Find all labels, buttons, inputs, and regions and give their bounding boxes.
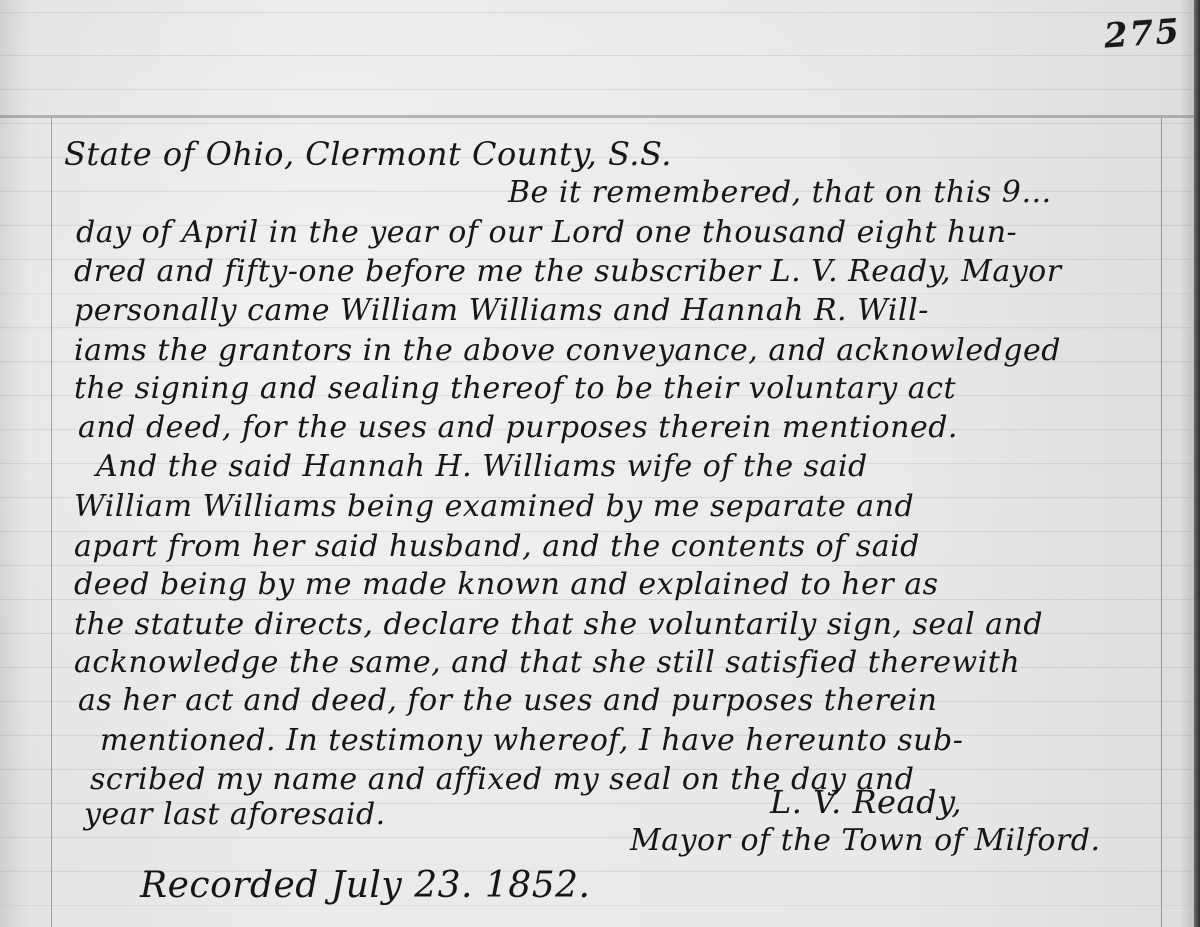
body-line: mentioned. In testimony whereof, I have …: [100, 726, 963, 756]
body-line: and deed, for the uses and purposes ther…: [78, 413, 958, 443]
recorded-date: Recorded July 23. 1852.: [140, 868, 590, 904]
body-line: William Williams being examined by me se…: [74, 492, 914, 522]
body-line: year last aforesaid.: [84, 800, 386, 830]
body-line: day of April in the year of our Lord one…: [76, 218, 1017, 248]
page-number: 275: [1103, 11, 1183, 56]
body-line: the statute directs, declare that she vo…: [74, 610, 1043, 640]
body-line: Be it remembered, that on this 9…: [508, 178, 1052, 208]
body-line: dred and fifty-one before me the subscri…: [74, 257, 1062, 287]
body-line: as her act and deed, for the uses and pu…: [78, 686, 937, 716]
body-line: iams the grantors in the above conveyanc…: [74, 336, 1061, 366]
signature: L. V. Ready,: [770, 786, 962, 818]
signature-title: Mayor of the Town of Milford.: [630, 826, 1101, 856]
top-rule-line: [0, 115, 1200, 118]
ledger-page: 275 State of Ohio, Clermont County, S.S.…: [0, 0, 1200, 927]
page-edge: [1194, 0, 1200, 927]
body-line: apart from her said husband, and the con…: [74, 532, 920, 562]
body-line: And the said Hannah H. Williams wife of …: [96, 452, 868, 482]
body-line: deed being by me made known and explaine…: [74, 570, 939, 600]
right-margin-line: [1161, 118, 1162, 927]
body-line: acknowledge the same, and that she still…: [74, 648, 1020, 678]
body-line: personally came William Williams and Han…: [74, 296, 929, 326]
heading: State of Ohio, Clermont County, S.S.: [64, 138, 672, 170]
body-line: the signing and sealing thereof to be th…: [74, 374, 956, 404]
left-margin-line: [51, 118, 52, 927]
